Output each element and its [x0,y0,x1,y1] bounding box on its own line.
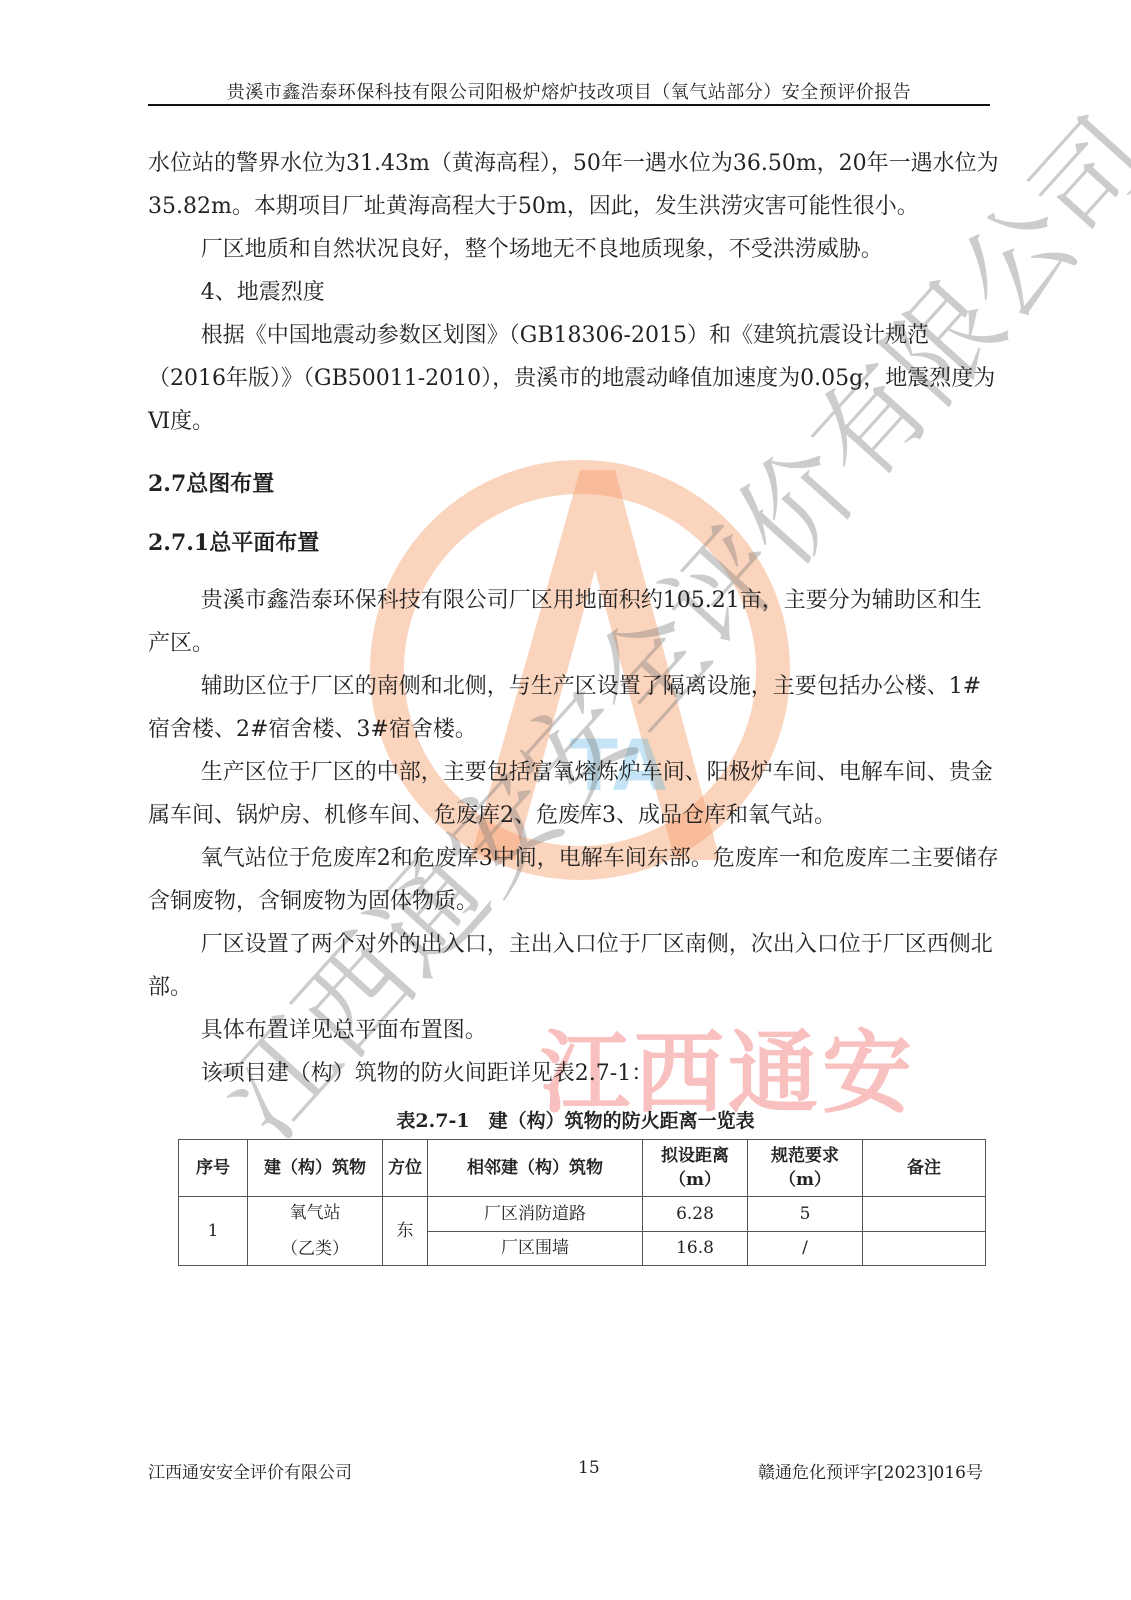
cell-adjacent: 厂区围墙 [428,1231,643,1266]
cell-direction: 东 [383,1197,428,1266]
paragraph-site-area: 贵溪市鑫浩泰环保科技有限公司厂区用地面积约105.21亩，主要分为辅助区和生产区… [148,579,1003,665]
page-header-title: 贵溪市鑫浩泰环保科技有限公司阳极炉熔炉技改项目（氧气站部分）安全预评价报告 [148,78,990,104]
cell-required: 5 [748,1197,863,1232]
footer-doc-number: 赣通危化预评字[2023]016号 [758,1458,983,1483]
paragraph-flood-levels: 水位站的警界水位为31.43m（黄海高程），50年一遇水位为36.50m，20年… [148,142,1003,228]
cell-no: 1 [179,1197,248,1266]
col-header-direction: 方位 [383,1140,428,1197]
paragraph-layout-ref: 具体布置详见总平面布置图。 [148,1009,1003,1052]
paragraph-production-zone: 生产区位于厂区的中部，主要包括富氧熔炼炉车间、阳极炉车间、电解车间、贵金属车间、… [148,751,1003,837]
section-heading-2-7-1: 2.7.1总平面布置 [148,522,1003,565]
cell-distance: 6.28 [643,1197,748,1232]
cell-note [863,1197,986,1232]
cell-adjacent: 厂区消防道路 [428,1197,643,1232]
header-divider [148,104,990,106]
cell-building-name: 氧气站 [250,1201,380,1225]
paragraph-entrances: 厂区设置了两个对外的出入口，主出入口位于厂区南侧，次出入口位于厂区西侧北部。 [148,923,1003,1009]
col-header-note: 备注 [863,1140,986,1197]
paragraph-geology: 厂区地质和自然状况良好，整个场地无不良地质现象，不受洪涝威胁。 [148,228,1003,271]
paragraph-oxygen-station: 氧气站位于危废库2和危废库3中间，电解车间东部。危废库一和危废库二主要储存含铜废… [148,837,1003,923]
col-header-no: 序号 [179,1140,248,1197]
paragraph-auxiliary-zone: 辅助区位于厂区的南侧和北侧，与生产区设置了隔离设施，主要包括办公楼、1#宿舍楼、… [148,665,1003,751]
col-header-distance: 拟设距离（m） [643,1140,748,1197]
paragraph-seismic: 根据《中国地震动参数区划图》（GB18306-2015）和《建筑抗震设计规范（2… [148,314,1003,443]
section-heading-2-7: 2.7总图布置 [148,463,1003,506]
cell-required: / [748,1231,863,1266]
cell-distance: 16.8 [643,1231,748,1266]
footer-page-number: 15 [578,1458,600,1478]
footer-company: 江西通安安全评价有限公司 [148,1458,352,1483]
cell-building-class: （乙类） [250,1237,380,1261]
document-body: 水位站的警界水位为31.43m（黄海高程），50年一遇水位为36.50m，20年… [148,142,1003,1266]
table-row: 1 氧气站（乙类） 东 厂区消防道路 6.28 5 [179,1197,986,1232]
col-header-adjacent: 相邻建（构）筑物 [428,1140,643,1197]
cell-building: 氧气站（乙类） [248,1197,383,1266]
col-header-required: 规范要求（m） [748,1140,863,1197]
table-caption: 表2.7-1 建（构）筑物的防火距离一览表 [148,1107,1003,1135]
fire-distance-table: 序号 建（构）筑物 方位 相邻建（构）筑物 拟设距离（m） 规范要求（m） 备注… [178,1139,986,1266]
col-header-building: 建（构）筑物 [248,1140,383,1197]
subheading-seismic: 4、地震烈度 [148,271,1003,314]
cell-note [863,1231,986,1266]
table-header-row: 序号 建（构）筑物 方位 相邻建（构）筑物 拟设距离（m） 规范要求（m） 备注 [179,1140,986,1197]
paragraph-table-ref: 该项目建（构）筑物的防火间距详见表2.7-1： [148,1052,1003,1095]
